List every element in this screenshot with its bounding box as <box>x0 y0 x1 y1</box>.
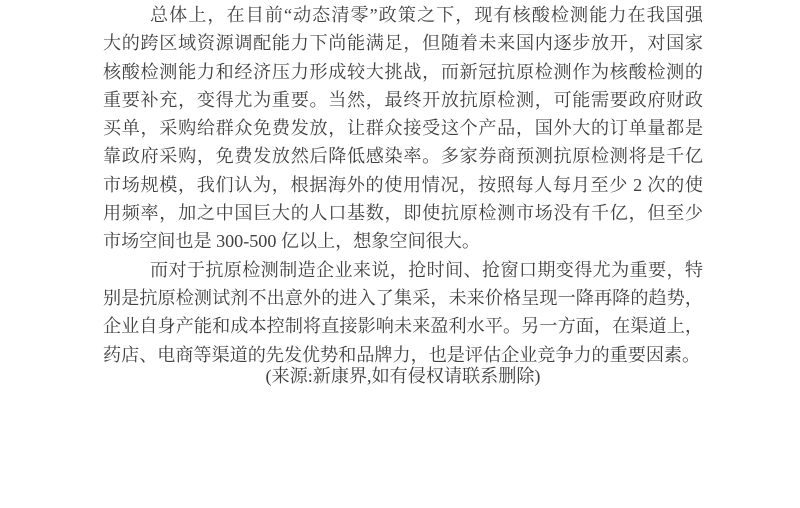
text-line: 靠政府采购，免费发放然后降低感染率。多家券商预测抗原检测将是千亿 <box>103 142 703 170</box>
text-line: 而对于抗原检测制造企业来说，抢时间、抢窗口期变得尤为重要，特 <box>103 256 703 284</box>
text-line: 总体上，在目前“动态清零”政策之下，现有核酸检测能力在我国强 <box>103 1 703 29</box>
article-body: 总体上，在目前“动态清零”政策之下，现有核酸检测能力在我国强大的跨区域资源调配能… <box>103 1 703 369</box>
text-line: 重要补充，变得尤为重要。当然，最终开放抗原检测，可能需要政府财政 <box>103 86 703 114</box>
text-line: 别是抗原检测试剂不出意外的进入了集采，未来价格呈现一降再降的趋势， <box>103 284 703 312</box>
document-page: 总体上，在目前“动态清零”政策之下，现有核酸检测能力在我国强大的跨区域资源调配能… <box>103 1 703 390</box>
text-line: 买单，采购给群众免费发放，让群众接受这个产品，国外大的订单量都是 <box>103 114 703 142</box>
text-line: 企业自身产能和成本控制将直接影响未来盈利水平。另一方面，在渠道上， <box>103 312 703 340</box>
text-line: 市场空间也是 300-500 亿以上，想象空间很大。 <box>103 227 703 255</box>
text-line: 大的跨区域资源调配能力下尚能满足，但随着未来国内逐步放开，对国家 <box>103 29 703 57</box>
text-line: 市场规模，我们认为，根据海外的使用情况，按照每人每月至少 2 次的使 <box>103 171 703 199</box>
text-line: 用频率，加之中国巨大的人口基数，即使抗原检测市场没有千亿，但至少 <box>103 199 703 227</box>
text-line: 核酸检测能力和经济压力形成较大挑战，而新冠抗原检测作为核酸检测的 <box>103 58 703 86</box>
